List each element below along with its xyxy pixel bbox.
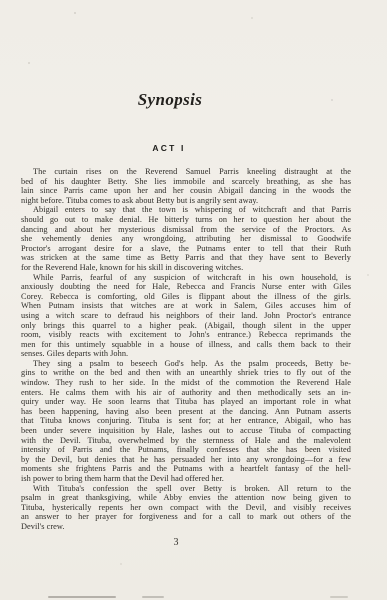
text-line: intensity of Parris and the Putnams, fin… xyxy=(21,445,351,455)
text-line: that Tituba knows conjuring. Tituba is s… xyxy=(21,416,351,426)
paragraph: While Parris, fearful of any suspicion o… xyxy=(21,273,351,359)
text-line: anxiously doubting the need for Hale, Re… xyxy=(21,282,351,292)
paragraph: With Tituba's confession the spell over … xyxy=(21,484,351,532)
text-line: should go out to make denial. He bitterl… xyxy=(21,215,351,225)
text-line: window. They rush to her side. In the mi… xyxy=(21,378,351,388)
text-line: by the Devil, but denies that he has per… xyxy=(21,455,351,465)
text-line: men for this untimely squabble in a hous… xyxy=(21,340,351,350)
text-line: dancing and about her mysterious dismiss… xyxy=(21,225,351,235)
scan-edge-shadow xyxy=(142,596,164,598)
text-line: lain since Parris came upon her and her … xyxy=(21,186,351,196)
text-line: room, visibly reacts with excitement to … xyxy=(21,330,351,340)
text-line: using a witch scare to defraud his neigh… xyxy=(21,311,351,321)
text-line: for the Reverend Hale, known for his ski… xyxy=(21,263,351,273)
text-line: While Parris, fearful of any suspicion o… xyxy=(21,273,351,283)
scan-edge-shadow xyxy=(330,596,348,598)
text-line: The curtain rises on the Reverend Samuel… xyxy=(21,167,351,177)
text-line: was stricken at the same time as Betty P… xyxy=(21,253,351,263)
scan-specks xyxy=(0,0,2,2)
text-line: ish power to bring them harm that the De… xyxy=(21,474,351,484)
page-title: Synopsis xyxy=(5,90,335,110)
text-line: They sing a psalm to beseech God's help.… xyxy=(21,359,351,369)
text-line: With Tituba's confession the spell over … xyxy=(21,484,351,494)
paragraph: Abigail enters to say that the town is w… xyxy=(21,205,351,272)
text-line: only brings this quarrel to a higher pea… xyxy=(21,321,351,331)
text-line: with the Devil. Tituba, overwhelmed by t… xyxy=(21,436,351,446)
text-line: an answer to her prayer for forgiveness … xyxy=(21,512,351,522)
page-number: 3 xyxy=(11,537,341,548)
text-line: enters. He calms them with his air of au… xyxy=(21,388,351,398)
text-line: been under severe inquisition by Hale, l… xyxy=(21,426,351,436)
text-line: When Putnam insists that witches are at … xyxy=(21,301,351,311)
body-text: The curtain rises on the Reverend Samuel… xyxy=(21,167,351,532)
text-line: Proctor's arrogant desire for a slave, t… xyxy=(21,244,351,254)
text-line: has been happening, having also been pre… xyxy=(21,407,351,417)
text-line: senses. Giles departs with John. xyxy=(21,349,351,359)
act-heading: ACT I xyxy=(4,143,334,153)
text-line: she vehemently denies any wrongdoing, at… xyxy=(21,234,351,244)
text-line: moments she frightens Parris and the Put… xyxy=(21,464,351,474)
paragraph: The curtain rises on the Reverend Samuel… xyxy=(21,167,351,205)
text-line: Devil's crew. xyxy=(21,522,351,532)
text-line: bed of his daughter Betty. She lies immo… xyxy=(21,177,351,187)
scan-edge-shadow xyxy=(48,596,116,598)
text-line: night before. Tituba comes to ask about … xyxy=(21,196,351,206)
paragraph: They sing a psalm to beseech God's help.… xyxy=(21,359,351,484)
text-line: Corey. Rebecca is comforting, old Giles … xyxy=(21,292,351,302)
text-line: quiry under way. He soon learns that Tit… xyxy=(21,397,351,407)
text-line: Tituba, hysterically repents her own com… xyxy=(21,503,351,513)
text-line: Abigail enters to say that the town is w… xyxy=(21,205,351,215)
text-line: psalm in great thanksgiving, while Abby … xyxy=(21,493,351,503)
scanned-book-page: Synopsis ACT I The curtain rises on the … xyxy=(0,0,387,600)
text-line: gins to writhe on the bed and then with … xyxy=(21,368,351,378)
